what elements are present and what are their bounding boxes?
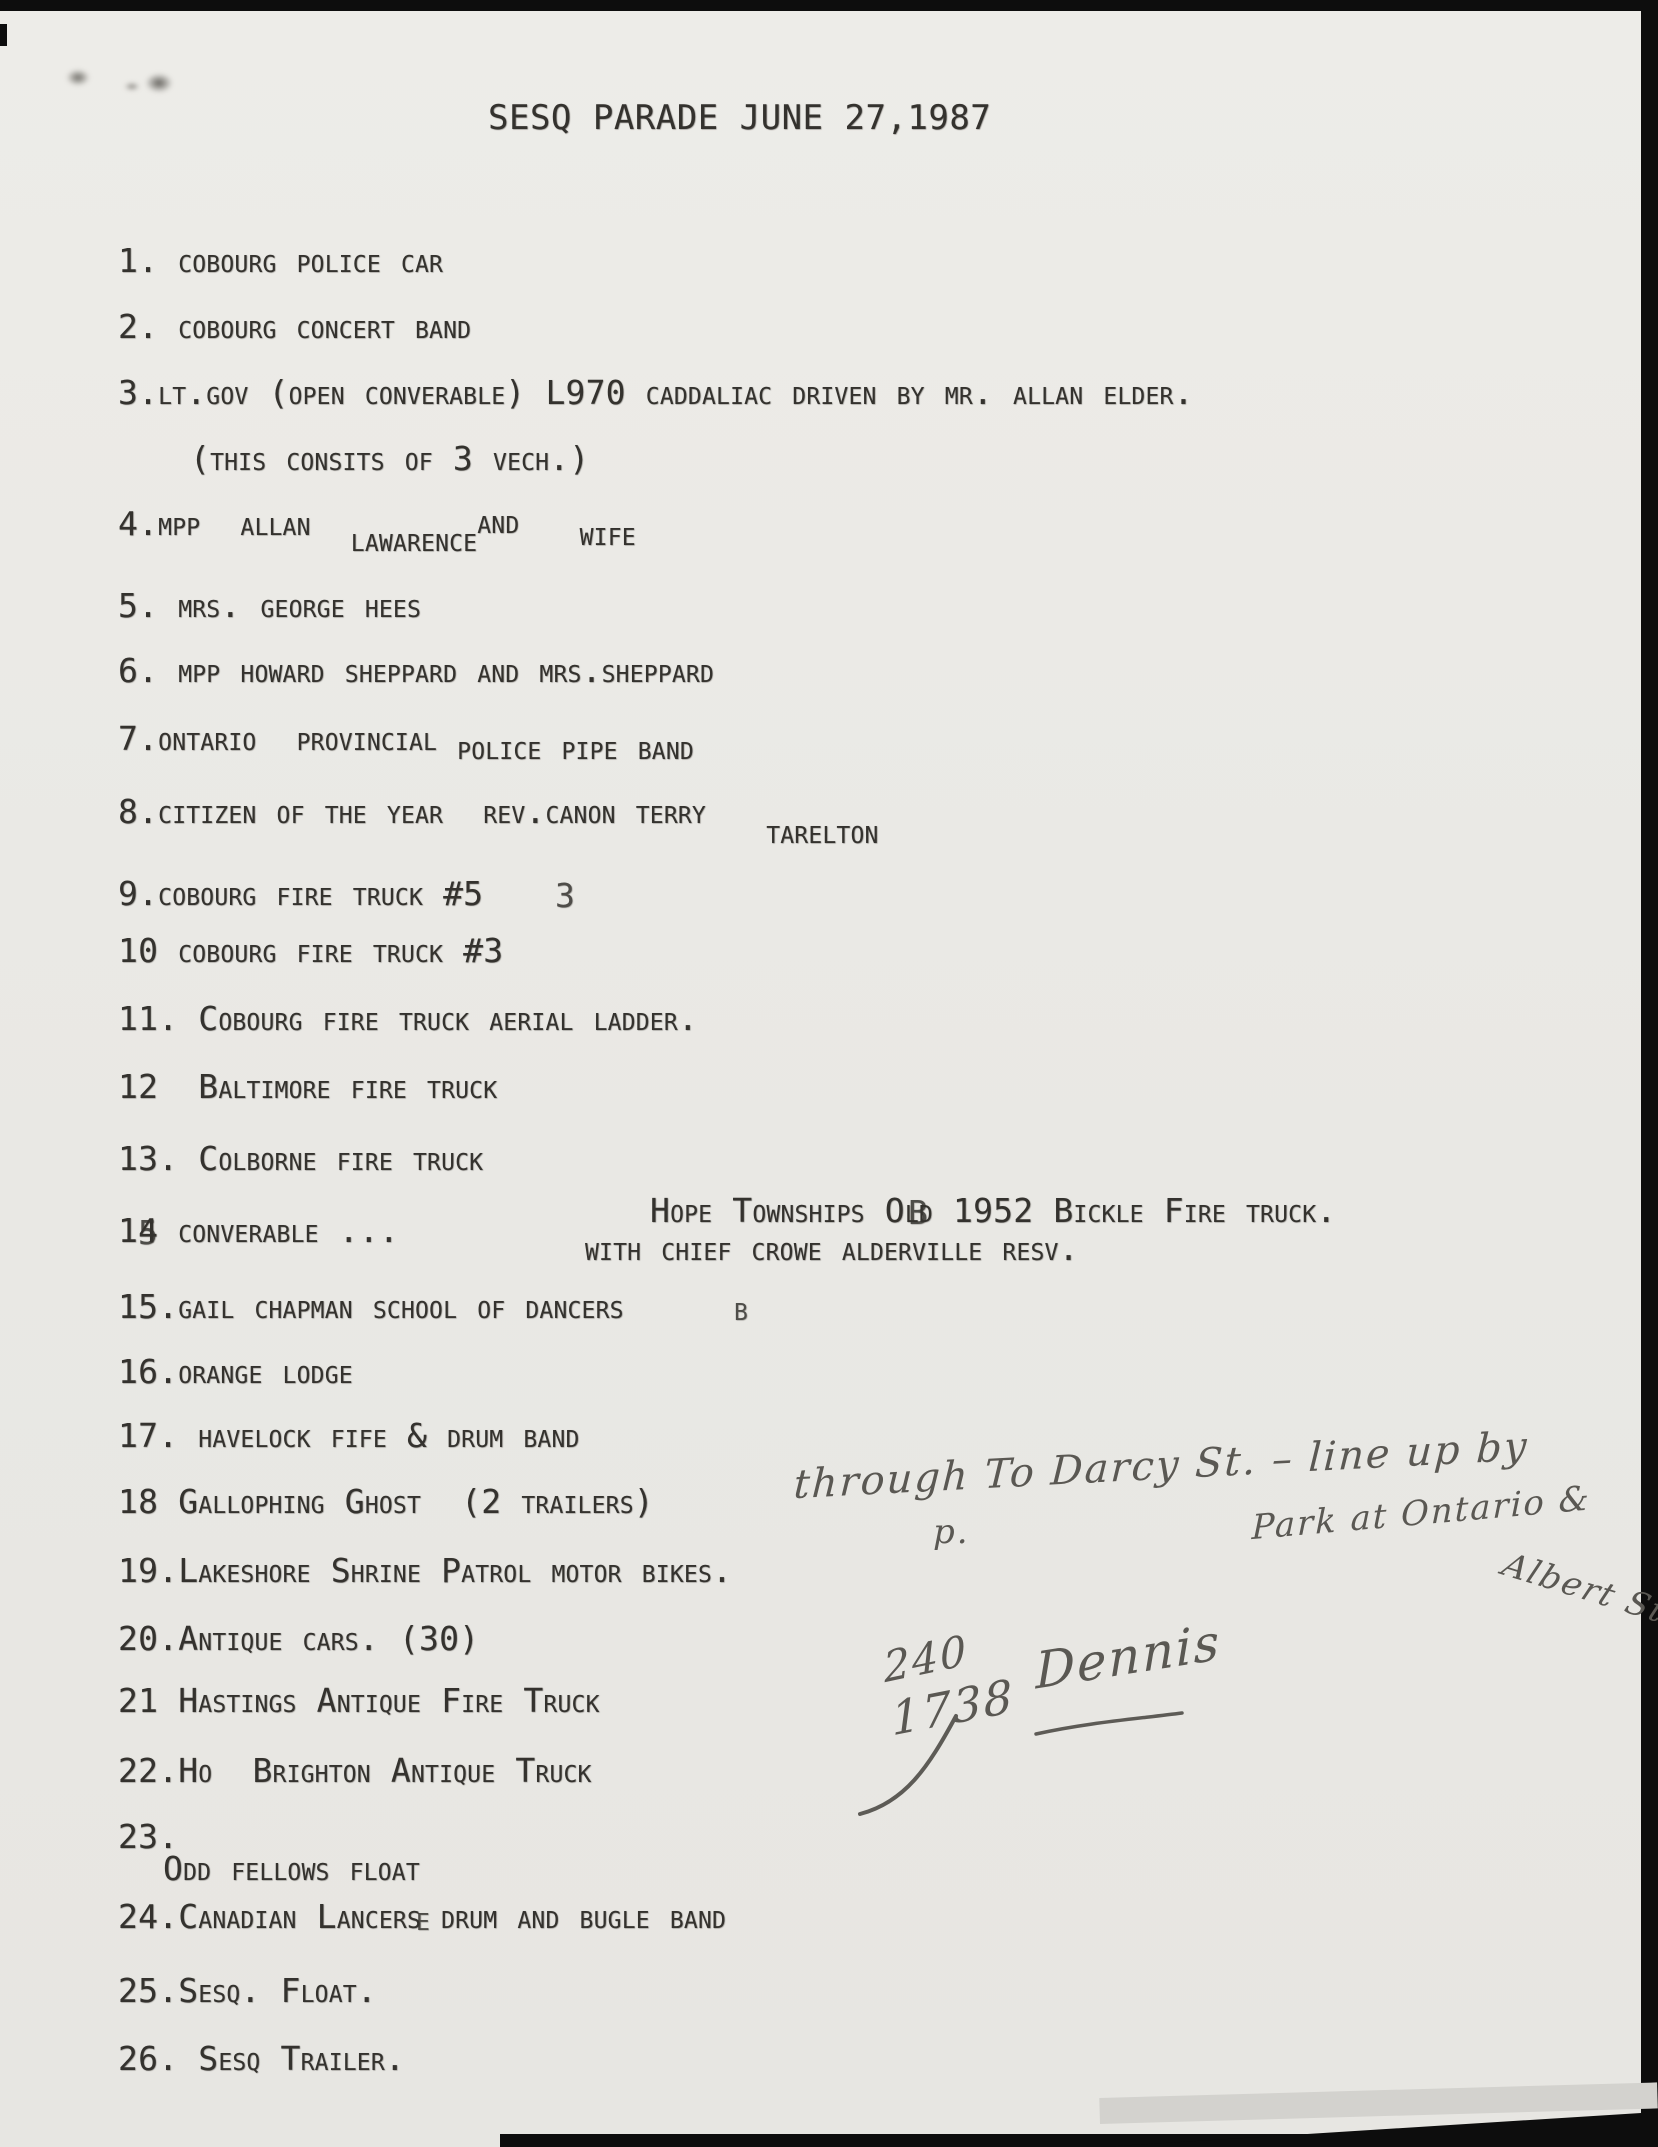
scan-border-left-nub	[0, 24, 7, 46]
item-number: 19.	[118, 1551, 178, 1590]
item-number: 15.	[118, 1287, 178, 1326]
item-text-dropped: wife	[580, 514, 636, 553]
item-number: 25.	[118, 1971, 178, 2010]
parade-item-5: 5. mrs. george hees	[118, 587, 421, 625]
item-number: 22.	[118, 1751, 178, 1790]
item-text: Sesq Trailer.	[178, 2039, 405, 2078]
handwritten-name-dennis: Dennis	[1035, 1613, 1221, 1701]
item-number: 12	[118, 1067, 158, 1106]
item-number: 21	[118, 1681, 158, 1720]
item-number: 4.	[118, 504, 158, 543]
parade-item-14-right-line1: Hope Townships Old 1952 Bickle Fire truc…	[650, 1192, 1336, 1230]
parade-item-24: 24.Canadian Lancers drum and bugle bande	[118, 1898, 726, 1936]
overstrike-char: 3	[555, 877, 575, 915]
item-number: 9.	[118, 874, 158, 913]
parade-item-26: 26. Sesq Trailer.	[118, 2040, 405, 2078]
item-number: 17.	[118, 1416, 178, 1455]
overstrike-char: b	[734, 1290, 748, 1328]
ink-smudge	[124, 82, 140, 91]
ink-smudge	[66, 69, 90, 86]
parade-item-13: 13. Colborne fire truck	[118, 1140, 483, 1178]
item-number: 11.	[118, 999, 178, 1038]
item-text: orange lodge	[178, 1352, 353, 1391]
parade-item-23-text: Odd fellows float	[163, 1850, 420, 1888]
parade-item-12: 12 Baltimore fire truck	[118, 1068, 497, 1106]
item-number: 6.	[118, 651, 158, 690]
item-text: Lakeshore Shrine Patrol motor bikes.	[178, 1551, 732, 1590]
item-text: gail chapman school of dancers	[178, 1287, 624, 1326]
item-text: citizen of the year rev.canon terry	[158, 792, 766, 831]
scanned-document-page: SESQ PARADE JUNE 27,1987 1. cobourg poli…	[0, 0, 1658, 2147]
item-text: Gallophing Ghost (2 trailers)	[158, 1482, 654, 1521]
overstrike-char: B	[908, 1194, 928, 1232]
parade-item-19: 19.Lakeshore Shrine Patrol motor bikes.	[118, 1552, 732, 1590]
item-number: 18	[118, 1482, 158, 1521]
handwritten-route-note-line2: Park at Ontario &	[1251, 1478, 1591, 1548]
item-text: mrs. george hees	[158, 586, 421, 625]
parade-item-4: 4.mpp allan lawarenceand wife	[118, 505, 636, 543]
parade-item-3-subline: (this consits of 3 vech.)	[190, 440, 589, 478]
parade-item-14-right-line2: with chief crowe alderville resv.	[585, 1230, 1079, 1268]
parade-item-2: 2. cobourg concert band	[118, 308, 471, 346]
item-text: Cobourg fire truck aerial ladder.	[178, 999, 698, 1038]
parade-item-9: 9.cobourg fire truck #53	[118, 875, 483, 913]
item-number: 16.	[118, 1352, 178, 1391]
parade-item-22: 22.Ho Brighton Antique Truck	[118, 1752, 592, 1790]
item-text: cobourg fire truck #5	[158, 874, 483, 913]
item-text: with chief crowe alderville resv.	[585, 1229, 1079, 1268]
parade-item-7: 7.ontario provincial police pipe band	[118, 720, 694, 758]
item-number: 3.	[118, 373, 158, 412]
item-text: mpp howard sheppard and mrs.sheppard	[158, 651, 714, 690]
item-text-dropped: police pipe band	[457, 728, 694, 767]
item-number: 1.	[118, 241, 158, 280]
scan-border-top	[0, 0, 1658, 11]
item-number: 10	[118, 931, 158, 970]
parade-item-20: 20.Antique cars. (30)	[118, 1620, 479, 1658]
item-number: 2.	[118, 307, 158, 346]
item-text: ontario provincial	[158, 719, 457, 758]
item-text: (this consits of 3 vech.)	[190, 439, 589, 478]
handwritten-route-note-line3: Albert St	[1497, 1545, 1658, 1630]
item-text: Sesq. Float.	[178, 1971, 377, 2010]
item-text: Hastings Antique Fire Truck	[158, 1681, 600, 1720]
parade-item-14: 14 converable ...5	[118, 1212, 399, 1250]
page-title: SESQ PARADE JUNE 27,1987	[488, 101, 991, 135]
item-text: Antique cars. (30)	[178, 1619, 479, 1658]
item-text: Baltimore fire truck	[158, 1067, 497, 1106]
item-text: cobourg police car	[158, 241, 443, 280]
scan-border-right	[1641, 0, 1658, 2147]
item-number: 5.	[118, 586, 158, 625]
parade-item-16: 16.orange lodge	[118, 1353, 353, 1391]
item-text: Colborne fire truck	[178, 1139, 483, 1178]
overstrike-char: e	[416, 1900, 430, 1938]
item-text: lt.gov (open converable) L970 caddaliac …	[158, 373, 1193, 412]
item-text: havelock fife & drum band	[178, 1416, 579, 1455]
item-number: 20.	[118, 1619, 178, 1658]
item-number: 13.	[118, 1139, 178, 1178]
item-text: and	[477, 502, 579, 541]
parade-item-10: 10 cobourg fire truck #3	[118, 932, 503, 970]
parade-item-18: 18 Gallophing Ghost (2 trailers)	[118, 1483, 654, 1521]
parade-item-11: 11. Cobourg fire truck aerial ladder.	[118, 1000, 698, 1038]
parade-item-1: 1. cobourg police car	[118, 242, 443, 280]
item-text-dropped: tarelton	[766, 812, 878, 851]
item-text: Hope Townships Old 1952 Bickle Fire truc…	[650, 1191, 1336, 1230]
dennis-underline-stroke	[1036, 1713, 1182, 1734]
parade-item-17: 17. havelock fife & drum band	[118, 1417, 580, 1455]
parade-item-21: 21 Hastings Antique Fire Truck	[118, 1682, 600, 1720]
item-text: Odd fellows float	[163, 1849, 420, 1888]
item-number: 8.	[118, 792, 158, 831]
overstrike-char: 5	[138, 1214, 158, 1252]
item-text: Canadian Lancers drum and bugle band	[178, 1897, 726, 1936]
item-number: 24.	[118, 1897, 178, 1936]
parade-item-3: 3.lt.gov (open converable) L970 caddalia…	[118, 374, 1194, 412]
parade-item-25: 25.Sesq. Float.	[118, 1972, 377, 2010]
scan-border-corner	[1101, 2113, 1641, 2147]
parade-item-6: 6. mpp howard sheppard and mrs.sheppard	[118, 652, 714, 690]
handwritten-route-note-p: p.	[933, 1512, 970, 1552]
parade-item-8: 8.citizen of the year rev.canon terry ta…	[118, 793, 879, 831]
item-text: converable ...	[158, 1211, 399, 1250]
item-text-dropped: lawarence	[351, 520, 477, 559]
item-text: cobourg fire truck #3	[158, 931, 503, 970]
item-text: mpp allan	[158, 504, 351, 543]
item-number: 7.	[118, 719, 158, 758]
item-text: Ho Brighton Antique Truck	[178, 1751, 591, 1790]
item-text: cobourg concert band	[158, 307, 471, 346]
parade-item-15: 15.gail chapman school of dancersb	[118, 1288, 624, 1326]
item-number: 26.	[118, 2039, 178, 2078]
ink-smudge	[145, 73, 173, 93]
